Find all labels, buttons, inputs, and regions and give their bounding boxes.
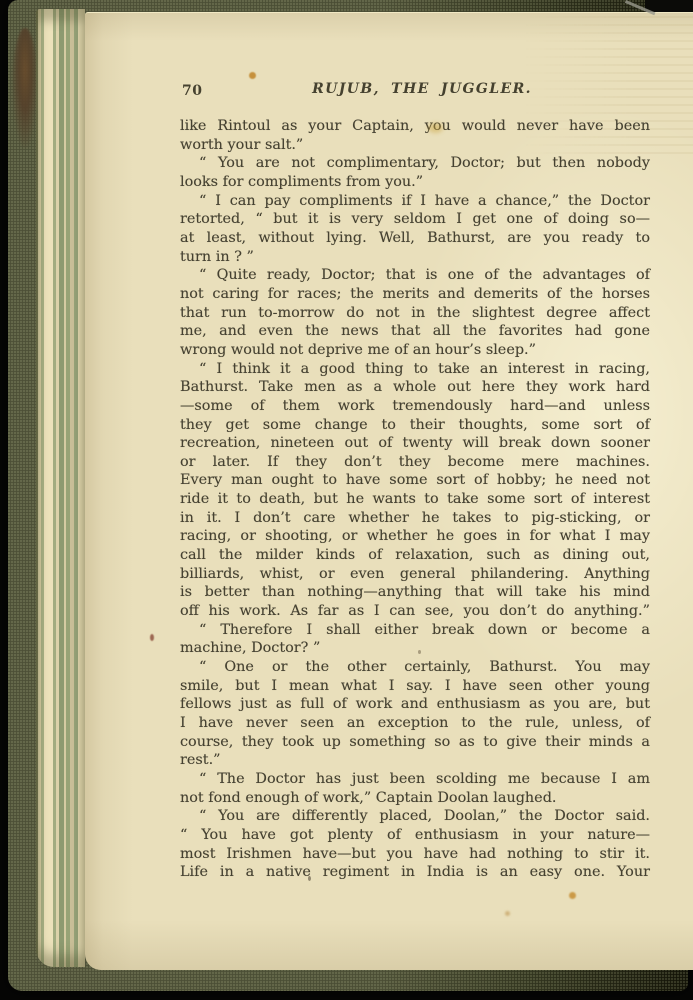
text-line: “ One or the other certainly, Bathurst. … (180, 658, 650, 677)
text-line: is better than nothing—anything that wil… (180, 583, 650, 602)
text-line: Life in a native regiment in India is an… (180, 863, 650, 882)
text-block: like Rintoul as your Captain, you would … (180, 117, 650, 882)
text-line: worth your salt.” (180, 136, 650, 155)
page-edges-stack (36, 9, 85, 967)
paper-stain (428, 123, 443, 133)
text-line: “ You are differently placed, Doolan,” t… (180, 807, 650, 826)
text-line: wrong would not deprive me of an hour’s … (180, 341, 650, 360)
text-line: smile, but I mean what I say. I have see… (180, 677, 650, 696)
book-page: 70 RUJUB, THE JUGGLER. like Rintoul as y… (85, 12, 693, 970)
text-line: “ The Doctor has just been scolding me b… (180, 770, 650, 789)
text-line: billiards, whist, or even general philan… (180, 565, 650, 584)
cover-corner-wear (12, 28, 38, 148)
text-line: rest.” (180, 751, 650, 770)
text-line: “ You have got plenty of enthusiasm in y… (180, 826, 650, 845)
text-line: at least, without lying. Well, Bathurst,… (180, 229, 650, 248)
text-line: not caring for races; the merits and dem… (180, 285, 650, 304)
text-line: course, they took up something so as to … (180, 733, 650, 752)
text-line: call the milder kinds of relaxation, suc… (180, 546, 650, 565)
text-line: or later. If they don’t they become mere… (180, 453, 650, 472)
book-photo: 70 RUJUB, THE JUGGLER. like Rintoul as y… (0, 0, 693, 1000)
paper-stain (308, 876, 311, 881)
text-line: racing, or shooting, or whether he goes … (180, 527, 650, 546)
text-line: looks for compliments from you.” (180, 173, 650, 192)
text-line: ride it to death, but he wants to take s… (180, 490, 650, 509)
text-line: “ I think it a good thing to take an int… (180, 360, 650, 379)
text-line: recreation, nineteen out of twenty will … (180, 434, 650, 453)
text-line: they get some change to their thoughts, … (180, 416, 650, 435)
text-line: fellows just as full of work and enthusi… (180, 695, 650, 714)
text-line: that run to-morrow do not in the slighte… (180, 304, 650, 323)
page-header: 70 RUJUB, THE JUGGLER. (180, 81, 650, 103)
text-line: “ You are not complimentary, Doctor; but… (180, 154, 650, 173)
text-line: machine, Doctor? ” (180, 639, 650, 658)
text-line: —some of them work tremendously hard—and… (180, 397, 650, 416)
text-line: not fond enough of work,” Captain Doolan… (180, 789, 650, 808)
text-line: Bathurst. Take men as a whole out here t… (180, 378, 650, 397)
paper-stain (505, 911, 510, 916)
text-line: off his work. As far as I can see, you d… (180, 602, 650, 621)
text-line: “ Therefore I shall either break down or… (180, 621, 650, 640)
text-line: in it. I don’t care whether he takes to … (180, 509, 650, 528)
paper-stain (569, 892, 576, 899)
text-line: like Rintoul as your Captain, you would … (180, 117, 650, 136)
paper-stain (418, 650, 421, 654)
text-line: me, and even the news that all the favor… (180, 322, 650, 341)
text-line: most Irishmen have—but you have had noth… (180, 845, 650, 864)
text-line: Every man ought to have some sort of hob… (180, 471, 650, 490)
text-line: turn in ? ” (180, 248, 650, 267)
text-line: “ Quite ready, Doctor; that is one of th… (180, 266, 650, 285)
paper-stain (150, 634, 154, 641)
text-line: “ I can pay compliments if I have a chan… (180, 192, 650, 211)
text-line: I have never seen an exception to the ru… (180, 714, 650, 733)
text-line: retorted, “ but it is very seldom I get … (180, 210, 650, 229)
paper-stain (249, 72, 256, 79)
running-title: RUJUB, THE JUGGLER. (187, 81, 657, 97)
